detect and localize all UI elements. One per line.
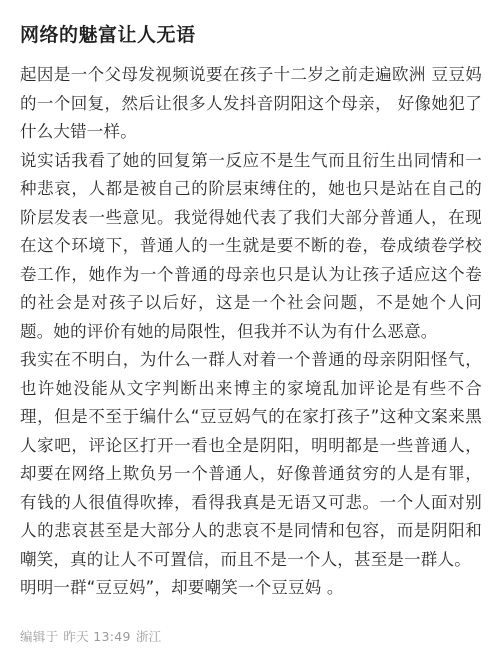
edited-label: 编辑于 xyxy=(20,629,58,644)
post-location: 浙江 xyxy=(136,629,162,644)
post-paragraph: 说实话我看了她的回复第一反应不是生气而且衍生出同情和一种悲哀，人都是被自己的阶层… xyxy=(20,147,482,347)
post-paragraph: 明明一群“豆豆妈”，却要嘲笑一个豆豆妈 。 xyxy=(20,574,482,603)
post-card: 网络的魅富让人无语 起因是一个父母发视频说要在孩子十二岁之前走遍欧洲 豆豆妈的一… xyxy=(0,0,500,666)
post-paragraph: 起因是一个父母发视频说要在孩子十二岁之前走遍欧洲 豆豆妈的一个回复，然后让很多人… xyxy=(20,61,482,147)
post-paragraph: 我实在不明白，为什么一群人对着一个普通的母亲阴阳怪气，也许她没能从文字判断出来博… xyxy=(20,346,482,574)
post-meta: 编辑于昨天 13:49浙江 xyxy=(20,627,166,645)
post-title: 网络的魅富让人无语 xyxy=(20,22,482,48)
edit-timestamp: 昨天 13:49 xyxy=(63,629,130,644)
post-body: 起因是一个父母发视频说要在孩子十二岁之前走遍欧洲 豆豆妈的一个回复，然后让很多人… xyxy=(20,61,482,603)
